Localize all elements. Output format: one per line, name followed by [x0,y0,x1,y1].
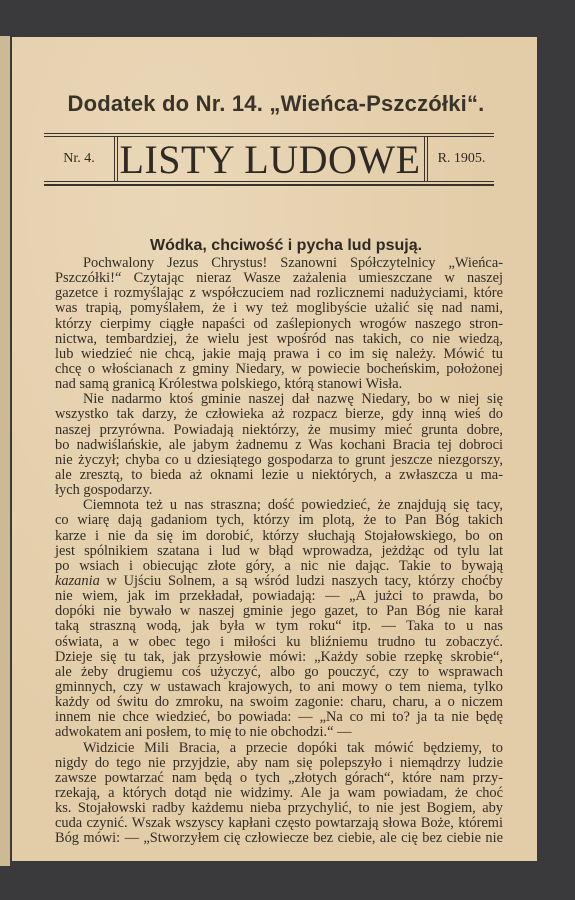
text-line: po wsiach i obiecując złote góry, a nic … [55,559,503,574]
text-line: Pochwalony Jezus Chrystus! Szanowni Spół… [55,256,503,271]
text-line: ale zresztą, to bieda aż oknami lezie u … [55,468,503,483]
text-line: taką straszną wodą, jak była w tym roku“… [55,619,503,634]
newspaper-page: Dodatek do Nr. 14. „Wieńca-Pszczółki“. N… [12,37,537,861]
text-line-rest: w Ujściu Solnem, a są wśród ludzi naszyc… [107,573,503,589]
text-line: was trapią, pomyślałem, że i wy też mogl… [55,301,503,316]
text-line: karze i nie da się im dorobić, którzy sł… [55,529,503,544]
masthead: Nr. 4. LISTY LUDOWE R. 1905. [44,133,494,187]
text-line: nie życzył; chyba co u dziesiątego gospo… [55,453,503,468]
issue-number: Nr. 4. [44,151,114,167]
text-line: nictwa, tembardziej, że wielu jest wpośr… [55,332,503,347]
text-line-with-italic: kazania w Ujściu Solnem, a są wśród ludz… [55,574,503,589]
text-line: jest spólnikiem szatana i lud w błąd wpr… [55,544,503,559]
supplement-line: Dodatek do Nr. 14. „Wieńca-Pszczółki“. [56,91,496,117]
masthead-divider-right-inner [427,136,428,181]
text-line: Widzicie Mili Bracia, a przecie dopóki t… [55,741,503,756]
text-line: wszystko tak darzy, że człowieka aż rozp… [55,407,503,422]
text-line: nie wiem, jak im przekładał, powiadają: … [55,589,503,604]
text-line: Bóg mówi: — „Stworzyłem cię człowiecze b… [55,831,503,846]
text-line: każdy od świtu do zmroku, na swoim zagon… [55,695,503,710]
text-line: lub wiedzieć nie chcą, jakie mają prawa … [55,347,503,362]
text-line: dopóki nie bywało w naszej gminie jego g… [55,604,503,619]
text-line: ks. Stojałowski radby każdemu nieba przy… [55,801,503,816]
text-line: naszej przyrówna. Powiadają niektórzy, ż… [55,423,503,438]
text-line: którzy cierpimy ciągłe napaści od zaślep… [55,317,503,332]
text-line: nigdy do tego nie przyjdzie, aby nam się… [55,756,503,771]
text-line: ale żeby drugiemu coś użyczyć, albo go p… [55,665,503,680]
text-line: innem nie chce wiedzieć, bo powiada: — „… [55,710,503,725]
italic-word: kazania [55,573,100,589]
text-line: chcę o włościanach z gminy Niedary, w po… [55,362,503,377]
text-line: gminnych, czy w ustawach krajowych, to a… [55,680,503,695]
article-body: Pochwalony Jezus Chrystus! Szanowni Spół… [55,256,503,846]
text-line: Pszczółki!“ Czytając nieraz Wasze zażale… [55,271,503,286]
text-line: nad samą granicą Królestwa polskiego, kt… [55,377,503,392]
masthead-title: LISTY LUDOWE [115,138,425,182]
article-headline: Wódka, chciwość i pycha lud psują. [56,237,516,255]
masthead-rule-bottom [44,181,494,182]
text-line: cuda czynić. Wszak wszyscy kapłani częst… [55,816,503,831]
text-line: oświata, a w obec tego i miłości ku bliź… [55,635,503,650]
text-line: Dzieje się tu tak, jak przysłowie mówi: … [55,650,503,665]
text-line: gazetce i rozmyślając z współczuciem nad… [55,286,503,301]
text-line: co wiarę dają gadaniom tych, którzy im p… [55,513,503,528]
text-line: rzekają, a których dotąd nie widzimy. Al… [55,786,503,801]
text-line: Nie nadarmo ktoś gminie naszej dał nazwę… [55,392,503,407]
text-line: Ciemnota też u nas straszna; dość powied… [55,498,503,513]
issue-year: R. 1905. [429,151,494,167]
masthead-rule-bottom-thick [44,184,494,186]
masthead-rule-top [44,133,494,134]
text-line: bo nadwiślańskie, ale jabym żadnemu z Wa… [55,438,503,453]
text-line: adwokatem ani posłem, to mię to nie obch… [55,725,503,740]
adjacent-page-edge [0,36,12,866]
text-line: łych gospodarzy. [55,483,503,498]
text-line: zawsze powtarzać nam będą o tych „złotyc… [55,771,503,786]
